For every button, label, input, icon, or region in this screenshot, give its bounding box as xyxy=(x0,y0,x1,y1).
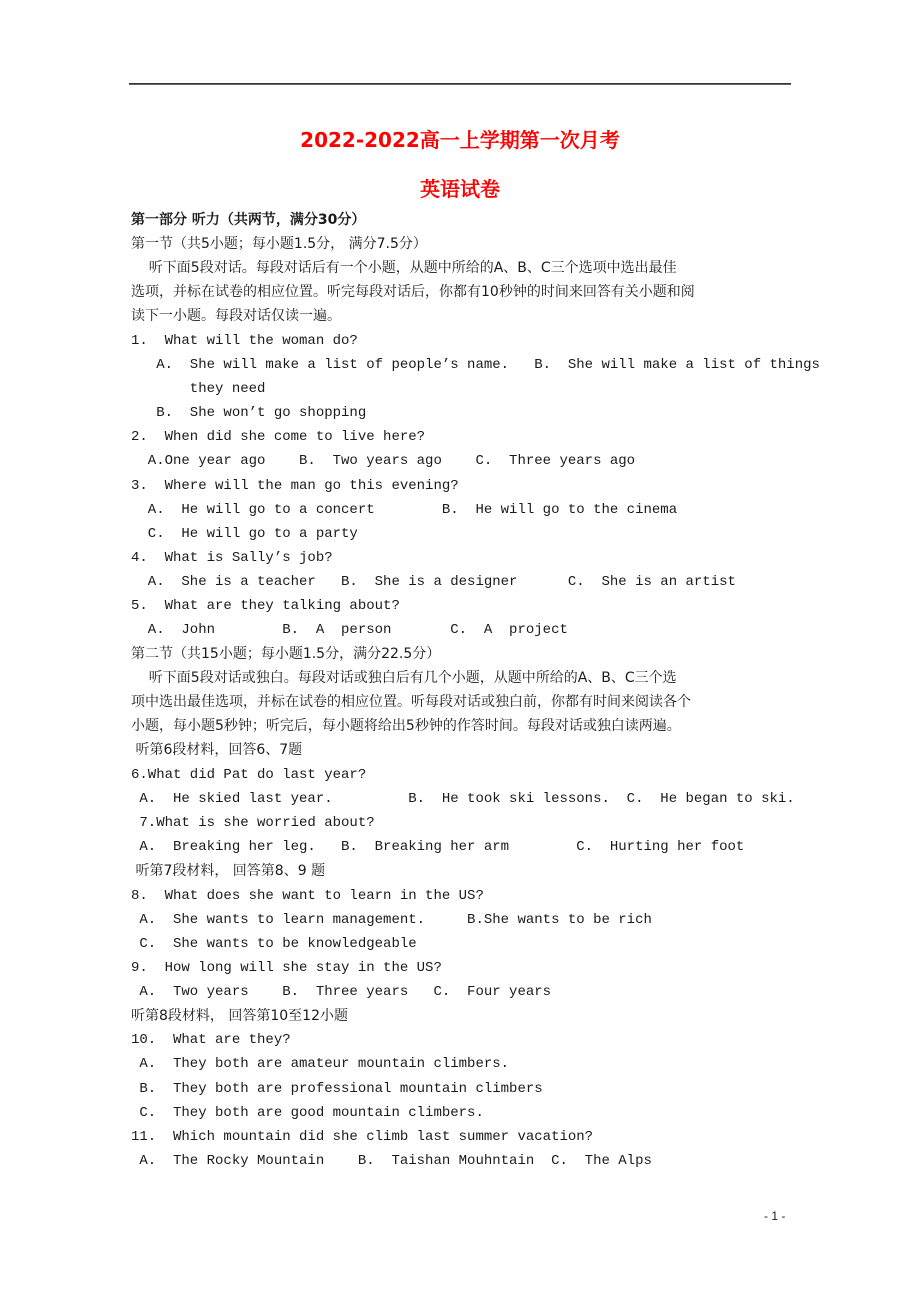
part1-heading: 第一部分 听力（共两节，满分30分） xyxy=(131,208,365,232)
section2-instructions-2: 项中选出最佳选项，并标在试卷的相应位置。听每段对话或独白前，你都有时间来阅读各个 xyxy=(131,690,691,714)
question-8: 8. What does she want to learn in the US… xyxy=(131,884,484,908)
question-1: 1. What will the woman do? xyxy=(131,329,358,353)
question-5: 5. What are they talking about? xyxy=(131,594,400,618)
question-2-options: A.One year ago B. Two years ago C. Three… xyxy=(131,449,635,473)
header-rule xyxy=(129,83,791,85)
question-8-option-c: C. She wants to be knowledgeable xyxy=(131,932,417,956)
exam-subtitle: 英语试卷 xyxy=(0,173,920,202)
question-2: 2. When did she come to live here? xyxy=(131,425,425,449)
question-7: 7.What is she worried about? xyxy=(131,811,375,835)
question-3-option-c: C. He will go to a party xyxy=(131,522,358,546)
question-1-options-cont: they need xyxy=(131,377,265,401)
question-7-options: A. Breaking her leg. B. Breaking her arm… xyxy=(131,835,744,859)
question-6-options: A. He skied last year. B. He took ski le… xyxy=(131,787,795,811)
question-9-options: A. Two years B. Three years C. Four year… xyxy=(131,980,551,1004)
question-4-options: A. She is a teacher B. She is a designer… xyxy=(131,570,736,594)
section2-heading: 第二节（共15小题；每小题1.5分，满分22.5分） xyxy=(131,642,440,666)
question-10: 10. What are they? xyxy=(131,1028,291,1052)
question-8-options: A. She wants to learn management. B.She … xyxy=(131,908,652,932)
question-11-options: A. The Rocky Mountain B. Taishan Mouhnta… xyxy=(131,1149,652,1173)
question-11: 11. Which mountain did she climb last su… xyxy=(131,1125,593,1149)
question-10-option-c: C. They both are good mountain climbers. xyxy=(131,1101,484,1125)
section2-instructions-1: 听下面5段对话或独白。每段对话或独白后有几个小题，从题中所给的A、B、C三个选 xyxy=(131,666,677,690)
question-1-options: A. She will make a list of people’s name… xyxy=(131,353,820,377)
group-label-7: 听第7段材料， 回答第8、9 题 xyxy=(131,859,325,883)
question-10-option-a: A. They both are amateur mountain climbe… xyxy=(131,1052,509,1076)
group-label-6: 听第6段材料，回答6、7题 xyxy=(131,738,302,762)
question-10-option-b: B. They both are professional mountain c… xyxy=(131,1077,543,1101)
question-3: 3. Where will the man go this evening? xyxy=(131,474,459,498)
question-3-options: A. He will go to a concert B. He will go… xyxy=(131,498,677,522)
page-number: - 1 - xyxy=(764,1209,785,1223)
question-5-options: A. John B. A person C. A project xyxy=(131,618,568,642)
question-6: 6.What did Pat do last year? xyxy=(131,763,366,787)
question-9: 9. How long will she stay in the US? xyxy=(131,956,442,980)
question-4: 4. What is Sally’s job? xyxy=(131,546,333,570)
section1-heading: 第一节（共5小题；每小题1.5分， 满分7.5分） xyxy=(131,232,427,256)
section1-instructions-3: 读下一小题。每段对话仅读一遍。 xyxy=(131,304,341,328)
question-1-option-b2: B. She won’t go shopping xyxy=(131,401,366,425)
section1-instructions-1: 听下面5段对话。每段对话后有一个小题，从题中所给的A、B、C三个选项中选出最佳 xyxy=(131,256,677,280)
group-label-8: 听第8段材料， 回答第10至12小题 xyxy=(131,1004,348,1028)
section2-instructions-3: 小题，每小题5秒钟；听完后，每小题将给出5秒钟的作答时间。每段对话或独白读两遍。 xyxy=(131,714,681,738)
exam-title: 2022-2022高一上学期第一次月考 xyxy=(0,124,920,153)
section1-instructions-2: 选项，并标在试卷的相应位置。听完每段对话后，你都有10秒钟的时间来回答有关小题和… xyxy=(131,280,695,304)
